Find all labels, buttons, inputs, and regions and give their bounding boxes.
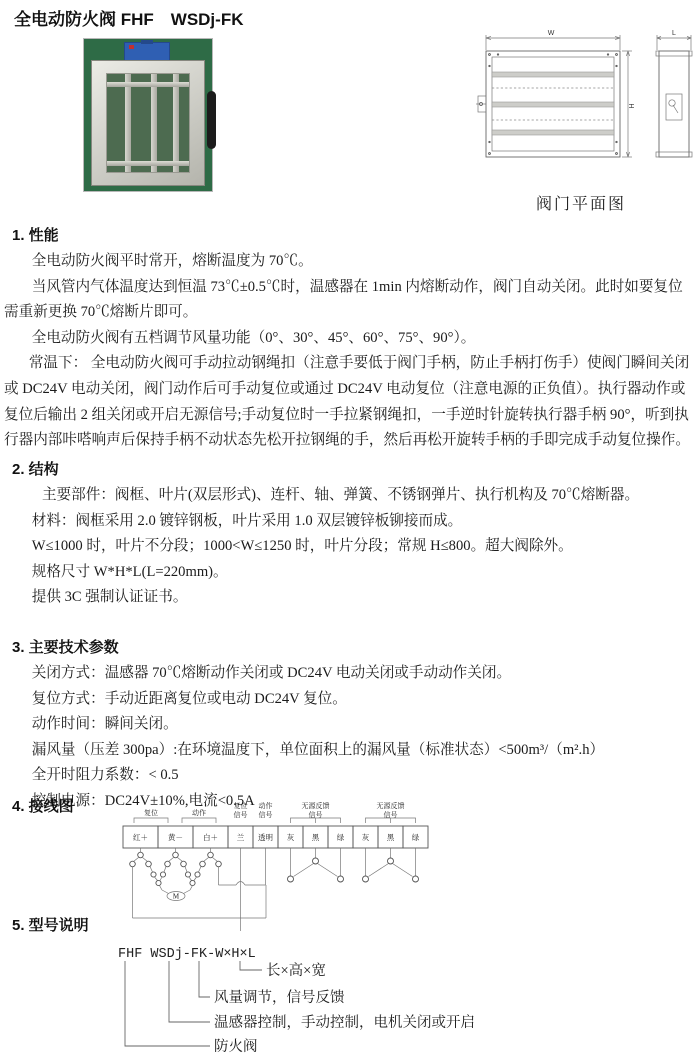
wiring-group-action: 动作 [192, 808, 206, 817]
wiring-group-feedback-1: 无源反馈 [302, 801, 330, 810]
terminal-label: 黑 [312, 833, 320, 842]
model-designation-diagram: FHF WSDj-FK-W×H×L 长×高×宽 风量调节，信号反馈 温感器控制，… [90, 940, 590, 1058]
paragraph: W≤1000 时，叶片不分段；1000<W≤1250 时，叶片分段；常规 H≤8… [4, 534, 696, 560]
actuator-knob [141, 40, 153, 44]
model-code: FHF WSDj-FK-W×H×L [118, 947, 256, 962]
actuator-indicator [129, 45, 134, 49]
damper-opening [106, 73, 190, 173]
damper-crossbar [107, 161, 189, 166]
dim-l-label: L [672, 30, 676, 37]
section-model-heading: 5. 型号说明 [12, 914, 89, 938]
document-title: 全电动防火阀 FHF WSDj-FK [14, 5, 243, 30]
terminal-label: 灰 [362, 832, 370, 842]
damper-crossbar [107, 82, 189, 87]
damper-photo [83, 38, 213, 192]
dim-h-label: H [629, 103, 636, 108]
paragraph: 复位方式：手动近距离复位或电动 DC24V 复位。 [4, 687, 696, 713]
terminal-label: 黄－ [168, 832, 183, 842]
wiring-group-reset-signal-2: 信号 [234, 810, 248, 819]
section-wiring-heading: 4. 接线图 [12, 795, 74, 819]
section-structure: 2. 结构 主要部件：阀框、叶片(双层形式)、连杆、轴、弹簧、不锈钢弹片、执行机… [4, 458, 696, 611]
terminal-label: 绿 [337, 833, 345, 842]
wiring-group-feedback-1-2: 信号 [309, 810, 323, 819]
damper-blade [173, 74, 179, 172]
section-performance: 1. 性能 全电动防火阀平时常开，熔断温度为 70℃。 当风管内气体温度达到恒温… [4, 224, 696, 454]
wiring-group-feedback-2: 无源反馈 [377, 801, 405, 810]
motor-symbol: M [173, 893, 180, 901]
model-label: 长×高×宽 [266, 961, 326, 979]
terminal-label: 绿 [412, 833, 420, 842]
terminal-label: 透明 [258, 833, 273, 842]
paragraph: 动作时间：瞬间关闭。 [4, 712, 696, 738]
section-wiring: 4. 接线图 [4, 795, 74, 819]
drawing-caption: 阀门平面图 [536, 191, 626, 214]
section-model: 5. 型号说明 [4, 914, 89, 938]
wiring-group-action-signal-2: 信号 [259, 810, 273, 819]
section-structure-heading: 2. 结构 [12, 458, 696, 482]
damper-plan-drawing: W H L [476, 26, 698, 188]
paragraph: 提供 3C 强制认证证书。 [4, 585, 696, 611]
wiring-group-action-signal: 动作 [259, 801, 273, 810]
paragraph: 漏风量（压差 300pa）:在环境温度下，单位面积上的漏风量（标准状态）<500… [4, 738, 696, 764]
paragraph: 常温下： 全电动防火阀可手动拉动钢绳扣（注意手要低于阀门手柄，防止手柄打伤手）使… [4, 351, 696, 453]
section-parameters-heading: 3. 主要技术参数 [12, 636, 696, 660]
paragraph: 材料：阀框采用 2.0 镀锌钢板，叶片采用 1.0 双层镀锌板铆接而成。 [4, 509, 696, 535]
model-label: 风量调节，信号反馈 [214, 988, 345, 1006]
wiring-group-reset: 复位 [144, 808, 158, 817]
paragraph: 规格尺寸 W*H*L(L=220mm)。 [4, 560, 696, 586]
wiring-group-feedback-2-2: 信号 [384, 810, 398, 819]
paragraph: 关闭方式：温感器 70℃熔断动作关闭或 DC24V 电动关闭或手动动作关闭。 [4, 661, 696, 687]
terminal-label: 白＋ [203, 832, 218, 842]
dim-w-label: W [548, 30, 555, 37]
paragraph: 主要部件：阀框、叶片(双层形式)、连杆、轴、弹簧、不锈钢弹片、执行机构及 70℃… [4, 483, 696, 509]
damper-frame [91, 60, 205, 186]
terminal-label: 兰 [237, 832, 245, 842]
wiring-diagram: 复位 动作 复位 信号 动作 信号 无源反馈 信号 无源反馈 信号 红＋ 黄－ … [96, 786, 476, 938]
model-label: 防火阀 [214, 1038, 258, 1055]
terminal-label: 灰 [287, 832, 295, 842]
document-page: 全电动防火阀 FHF WSDj-FK W [0, 0, 700, 1059]
damper-blade [151, 74, 157, 172]
section-performance-heading: 1. 性能 [12, 224, 696, 248]
damper-blade [125, 74, 131, 172]
paragraph: 全电动防火阀平时常开，熔断温度为 70℃。 [4, 249, 696, 275]
cable [207, 91, 216, 149]
actuator [124, 42, 170, 61]
wiring-group-reset-signal: 复位 [234, 801, 248, 810]
model-label: 温感器控制，手动控制，电机关闭或开启 [214, 1013, 475, 1031]
terminal-label: 红＋ [133, 832, 148, 842]
paragraph: 全电动防火阀有五档调节风量功能（0°、30°、45°、60°、75°、90°）。 [4, 326, 696, 352]
terminal-label: 黑 [387, 833, 395, 842]
paragraph: 当风管内气体温度达到恒温 73℃±0.5℃时，温感器在 1min 内熔断动作，阀… [4, 275, 696, 326]
